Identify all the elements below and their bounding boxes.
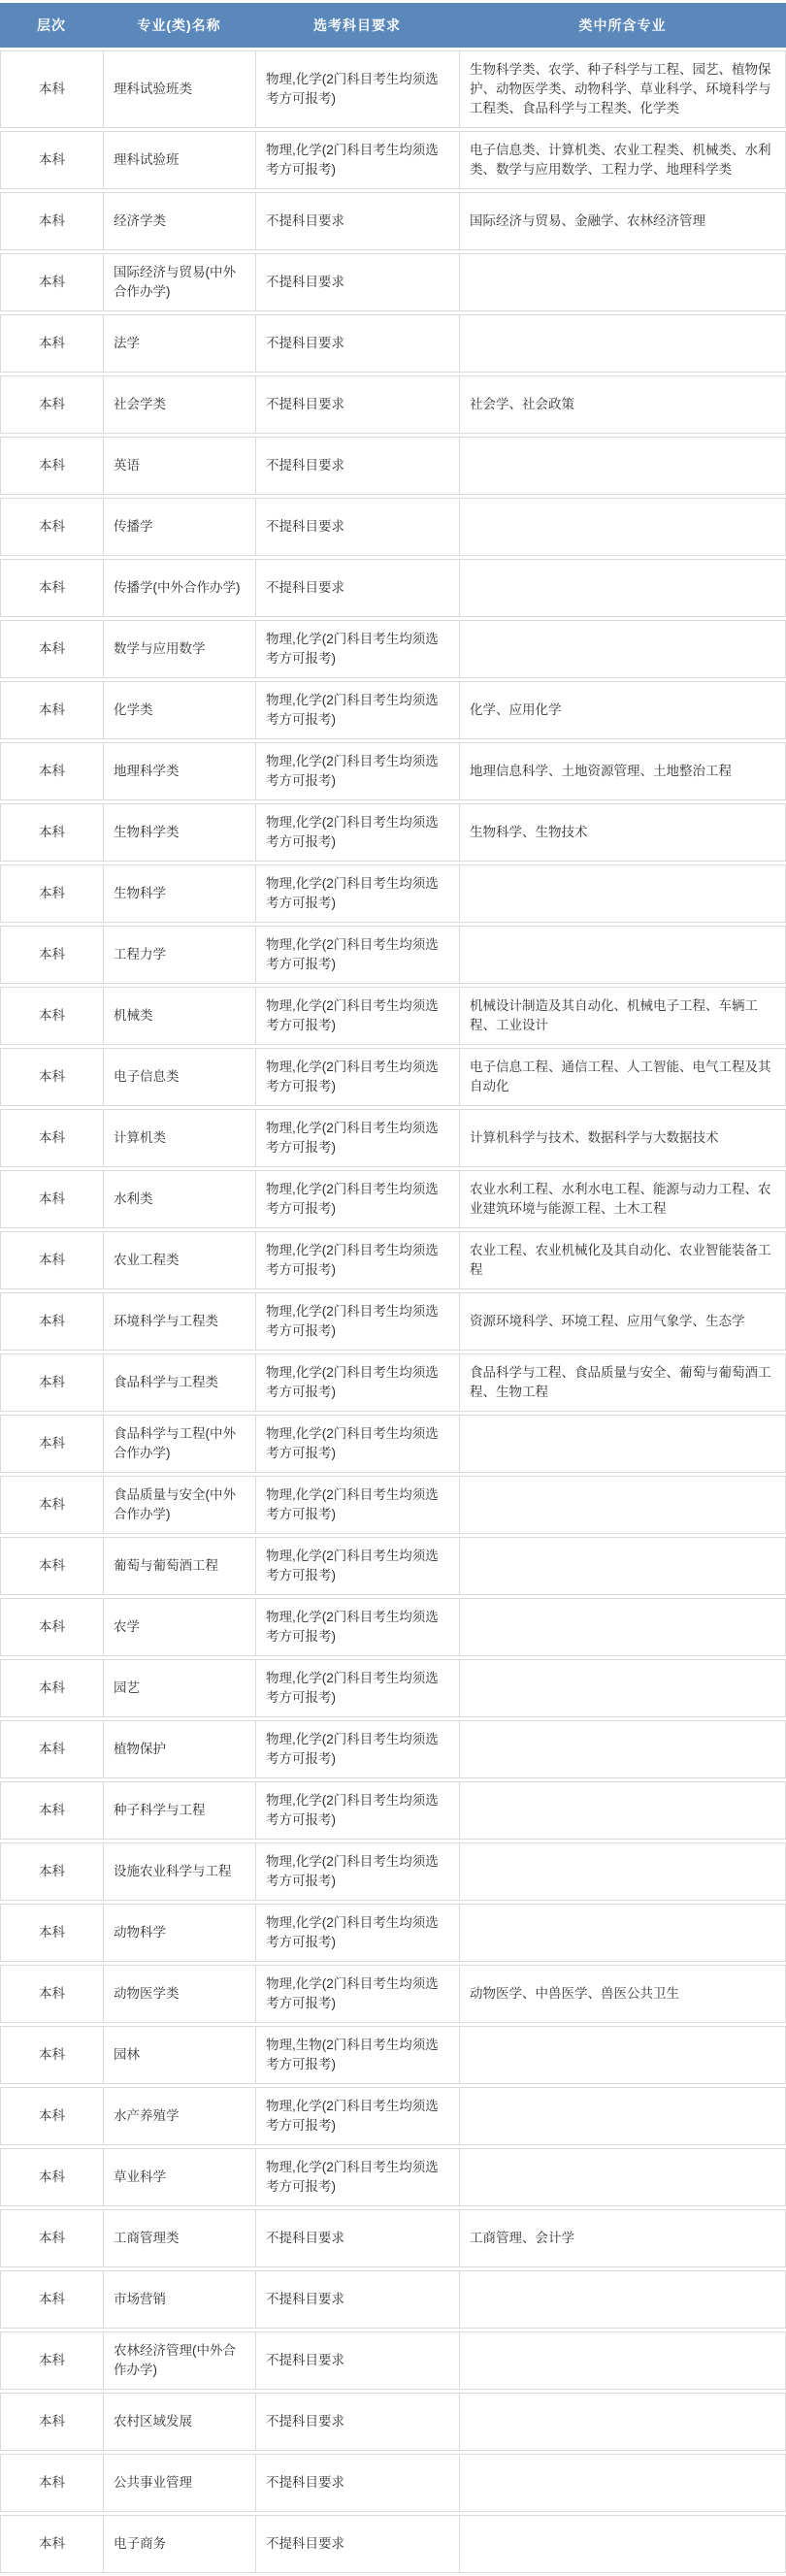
- table-row: 本科 电子商务 不提科目要求: [0, 2515, 786, 2573]
- cell-included-majors: [459, 559, 786, 617]
- cell-level: 本科: [0, 1904, 103, 1962]
- cell-subject-requirement: 物理,化学(2门科目考生均须选考方可报考): [255, 1659, 459, 1717]
- cell-level: 本科: [0, 864, 103, 923]
- table-row: 本科 计算机类 物理,化学(2门科目考生均须选考方可报考) 计算机科学与技术、数…: [0, 1109, 786, 1167]
- table-row: 本科 动物科学 物理,化学(2门科目考生均须选考方可报考): [0, 1904, 786, 1962]
- column-header-major-name: 专业(类)名称: [103, 3, 255, 48]
- cell-subject-requirement: 物理,化学(2门科目考生均须选考方可报考): [255, 1353, 459, 1412]
- cell-subject-requirement: 不提科目要求: [255, 2209, 459, 2267]
- cell-major-name: 机械类: [103, 987, 255, 1045]
- cell-level: 本科: [0, 1598, 103, 1656]
- table-row: 本科 水产养殖学 物理,化学(2门科目考生均须选考方可报考): [0, 2087, 786, 2145]
- cell-level: 本科: [0, 1415, 103, 1473]
- cell-level: 本科: [0, 1476, 103, 1534]
- cell-major-name: 草业科学: [103, 2148, 255, 2206]
- table-row: 本科 理科试验班 物理,化学(2门科目考生均须选考方可报考) 电子信息类、计算机…: [0, 131, 786, 189]
- table-row: 本科 食品科学与工程类 物理,化学(2门科目考生均须选考方可报考) 食品科学与工…: [0, 1353, 786, 1412]
- cell-subject-requirement: 不提科目要求: [255, 192, 459, 250]
- cell-subject-requirement: 不提科目要求: [255, 314, 459, 373]
- cell-included-majors: [459, 2331, 786, 2390]
- cell-included-majors: [459, 2148, 786, 2206]
- cell-major-name: 传播学(中外合作办学): [103, 559, 255, 617]
- cell-level: 本科: [0, 253, 103, 311]
- cell-level: 本科: [0, 1659, 103, 1717]
- cell-subject-requirement: 不提科目要求: [255, 2454, 459, 2512]
- cell-major-name: 食品科学与工程(中外合作办学): [103, 1415, 255, 1473]
- cell-included-majors: [459, 620, 786, 678]
- cell-major-name: 社会学类: [103, 375, 255, 434]
- cell-subject-requirement: 物理,化学(2门科目考生均须选考方可报考): [255, 1476, 459, 1534]
- cell-major-name: 市场营销: [103, 2270, 255, 2329]
- cell-subject-requirement: 物理,化学(2门科目考生均须选考方可报考): [255, 1170, 459, 1228]
- table-row: 本科 化学类 物理,化学(2门科目考生均须选考方可报考) 化学、应用化学: [0, 681, 786, 739]
- cell-level: 本科: [0, 2148, 103, 2206]
- table-row: 本科 种子科学与工程 物理,化学(2门科目考生均须选考方可报考): [0, 1781, 786, 1840]
- table-row: 本科 市场营销 不提科目要求: [0, 2270, 786, 2329]
- cell-subject-requirement: 不提科目要求: [255, 559, 459, 617]
- cell-major-name: 经济学类: [103, 192, 255, 250]
- table-body: 本科 理科试验班类 物理,化学(2门科目考生均须选考方可报考) 生物科学类、农学…: [0, 50, 786, 2573]
- cell-subject-requirement: 不提科目要求: [255, 2331, 459, 2390]
- cell-subject-requirement: 物理,化学(2门科目考生均须选考方可报考): [255, 50, 459, 128]
- cell-subject-requirement: 不提科目要求: [255, 2515, 459, 2573]
- table-row: 本科 食品科学与工程(中外合作办学) 物理,化学(2门科目考生均须选考方可报考): [0, 1415, 786, 1473]
- cell-included-majors: [459, 1720, 786, 1778]
- cell-major-name: 工商管理类: [103, 2209, 255, 2267]
- cell-level: 本科: [0, 192, 103, 250]
- cell-major-name: 国际经济与贸易(中外合作办学): [103, 253, 255, 311]
- table-row: 本科 数学与应用数学 物理,化学(2门科目考生均须选考方可报考): [0, 620, 786, 678]
- cell-subject-requirement: 物理,化学(2门科目考生均须选考方可报考): [255, 864, 459, 923]
- table-row: 本科 生物科学 物理,化学(2门科目考生均须选考方可报考): [0, 864, 786, 923]
- cell-subject-requirement: 物理,化学(2门科目考生均须选考方可报考): [255, 1048, 459, 1106]
- cell-major-name: 生物科学类: [103, 803, 255, 862]
- table-row: 本科 国际经济与贸易(中外合作办学) 不提科目要求: [0, 253, 786, 311]
- table-row: 本科 社会学类 不提科目要求 社会学、社会政策: [0, 375, 786, 434]
- table-row: 本科 植物保护 物理,化学(2门科目考生均须选考方可报考): [0, 1720, 786, 1778]
- cell-level: 本科: [0, 926, 103, 984]
- cell-level: 本科: [0, 1781, 103, 1840]
- cell-major-name: 电子商务: [103, 2515, 255, 2573]
- cell-included-majors: [459, 2393, 786, 2451]
- cell-major-name: 设施农业科学与工程: [103, 1842, 255, 1901]
- cell-subject-requirement: 物理,化学(2门科目考生均须选考方可报考): [255, 1415, 459, 1473]
- cell-subject-requirement: 物理,化学(2门科目考生均须选考方可报考): [255, 2087, 459, 2145]
- cell-included-majors: 社会学、社会政策: [459, 375, 786, 434]
- cell-subject-requirement: 物理,化学(2门科目考生均须选考方可报考): [255, 1904, 459, 1962]
- table-row: 本科 理科试验班类 物理,化学(2门科目考生均须选考方可报考) 生物科学类、农学…: [0, 50, 786, 128]
- cell-major-name: 农林经济管理(中外合作办学): [103, 2331, 255, 2390]
- table-row: 本科 英语 不提科目要求: [0, 437, 786, 495]
- table-row: 本科 经济学类 不提科目要求 国际经济与贸易、金融学、农林经济管理: [0, 192, 786, 250]
- table-row: 本科 水利类 物理,化学(2门科目考生均须选考方可报考) 农业水利工程、水利水电…: [0, 1170, 786, 1228]
- cell-level: 本科: [0, 987, 103, 1045]
- cell-level: 本科: [0, 2454, 103, 2512]
- cell-included-majors: [459, 1415, 786, 1473]
- cell-major-name: 地理科学类: [103, 742, 255, 800]
- cell-subject-requirement: 物理,化学(2门科目考生均须选考方可报考): [255, 926, 459, 984]
- cell-included-majors: 生物科学、生物技术: [459, 803, 786, 862]
- cell-included-majors: [459, 2270, 786, 2329]
- cell-major-name: 英语: [103, 437, 255, 495]
- cell-included-majors: [459, 1537, 786, 1595]
- cell-level: 本科: [0, 559, 103, 617]
- cell-included-majors: [459, 2026, 786, 2084]
- table-row: 本科 法学 不提科目要求: [0, 314, 786, 373]
- cell-included-majors: 农业水利工程、水利水电工程、能源与动力工程、农业建筑环境与能源工程、土木工程: [459, 1170, 786, 1228]
- cell-subject-requirement: 不提科目要求: [255, 253, 459, 311]
- cell-level: 本科: [0, 2331, 103, 2390]
- cell-level: 本科: [0, 1231, 103, 1289]
- cell-major-name: 计算机类: [103, 1109, 255, 1167]
- cell-included-majors: 资源环境科学、环境工程、应用气象学、生态学: [459, 1292, 786, 1351]
- table-row: 本科 农学 物理,化学(2门科目考生均须选考方可报考): [0, 1598, 786, 1656]
- cell-included-majors: 动物医学、中兽医学、兽医公共卫生: [459, 1965, 786, 2023]
- cell-level: 本科: [0, 375, 103, 434]
- cell-major-name: 水利类: [103, 1170, 255, 1228]
- cell-level: 本科: [0, 437, 103, 495]
- cell-major-name: 理科试验班: [103, 131, 255, 189]
- cell-subject-requirement: 物理,化学(2门科目考生均须选考方可报考): [255, 1292, 459, 1351]
- cell-major-name: 电子信息类: [103, 1048, 255, 1106]
- cell-major-name: 公共事业管理: [103, 2454, 255, 2512]
- cell-included-majors: [459, 1659, 786, 1717]
- cell-included-majors: 国际经济与贸易、金融学、农林经济管理: [459, 192, 786, 250]
- table-row: 本科 环境科学与工程类 物理,化学(2门科目考生均须选考方可报考) 资源环境科学…: [0, 1292, 786, 1351]
- cell-subject-requirement: 物理,化学(2门科目考生均须选考方可报考): [255, 1537, 459, 1595]
- table-row: 本科 设施农业科学与工程 物理,化学(2门科目考生均须选考方可报考): [0, 1842, 786, 1901]
- table-header-row: 层次 专业(类)名称 选考科目要求 类中所含专业: [0, 3, 786, 48]
- table-row: 本科 食品质量与安全(中外合作办学) 物理,化学(2门科目考生均须选考方可报考): [0, 1476, 786, 1534]
- cell-level: 本科: [0, 620, 103, 678]
- cell-level: 本科: [0, 1537, 103, 1595]
- cell-major-name: 化学类: [103, 681, 255, 739]
- cell-major-name: 园林: [103, 2026, 255, 2084]
- cell-level: 本科: [0, 742, 103, 800]
- table-row: 本科 机械类 物理,化学(2门科目考生均须选考方可报考) 机械设计制造及其自动化…: [0, 987, 786, 1045]
- cell-level: 本科: [0, 2393, 103, 2451]
- cell-subject-requirement: 物理,化学(2门科目考生均须选考方可报考): [255, 1598, 459, 1656]
- cell-included-majors: [459, 1904, 786, 1962]
- cell-major-name: 环境科学与工程类: [103, 1292, 255, 1351]
- cell-subject-requirement: 不提科目要求: [255, 375, 459, 434]
- cell-major-name: 食品质量与安全(中外合作办学): [103, 1476, 255, 1534]
- cell-level: 本科: [0, 2515, 103, 2573]
- cell-major-name: 园艺: [103, 1659, 255, 1717]
- cell-level: 本科: [0, 1353, 103, 1412]
- cell-subject-requirement: 物理,化学(2门科目考生均须选考方可报考): [255, 131, 459, 189]
- cell-included-majors: 食品科学与工程、食品质量与安全、葡萄与葡萄酒工程、生物工程: [459, 1353, 786, 1412]
- table-row: 本科 工商管理类 不提科目要求 工商管理、会计学: [0, 2209, 786, 2267]
- cell-subject-requirement: 物理,化学(2门科目考生均须选考方可报考): [255, 1781, 459, 1840]
- table-row: 本科 电子信息类 物理,化学(2门科目考生均须选考方可报考) 电子信息工程、通信…: [0, 1048, 786, 1106]
- cell-included-majors: [459, 2454, 786, 2512]
- cell-subject-requirement: 不提科目要求: [255, 437, 459, 495]
- column-header-level: 层次: [0, 3, 103, 48]
- table-row: 本科 农业工程类 物理,化学(2门科目考生均须选考方可报考) 农业工程、农业机械…: [0, 1231, 786, 1289]
- cell-major-name: 工程力学: [103, 926, 255, 984]
- cell-included-majors: 电子信息类、计算机类、农业工程类、机械类、水利类、数学与应用数学、工程力学、地理…: [459, 131, 786, 189]
- cell-major-name: 农村区域发展: [103, 2393, 255, 2451]
- cell-major-name: 动物科学: [103, 1904, 255, 1962]
- cell-included-majors: [459, 314, 786, 373]
- cell-subject-requirement: 物理,化学(2门科目考生均须选考方可报考): [255, 2148, 459, 2206]
- cell-included-majors: [459, 1476, 786, 1534]
- cell-level: 本科: [0, 1109, 103, 1167]
- table-row: 本科 公共事业管理 不提科目要求: [0, 2454, 786, 2512]
- cell-subject-requirement: 物理,化学(2门科目考生均须选考方可报考): [255, 620, 459, 678]
- cell-subject-requirement: 物理,化学(2门科目考生均须选考方可报考): [255, 1109, 459, 1167]
- cell-major-name: 葡萄与葡萄酒工程: [103, 1537, 255, 1595]
- table-row: 本科 工程力学 物理,化学(2门科目考生均须选考方可报考): [0, 926, 786, 984]
- cell-included-majors: 计算机科学与技术、数据科学与大数据技术: [459, 1109, 786, 1167]
- cell-included-majors: [459, 926, 786, 984]
- cell-included-majors: [459, 437, 786, 495]
- cell-included-majors: 机械设计制造及其自动化、机械电子工程、车辆工程、工业设计: [459, 987, 786, 1045]
- cell-major-name: 食品科学与工程类: [103, 1353, 255, 1412]
- table-row: 本科 传播学(中外合作办学) 不提科目要求: [0, 559, 786, 617]
- table-row: 本科 生物科学类 物理,化学(2门科目考生均须选考方可报考) 生物科学、生物技术: [0, 803, 786, 862]
- cell-included-majors: 电子信息工程、通信工程、人工智能、电气工程及其自动化: [459, 1048, 786, 1106]
- cell-included-majors: 地理信息科学、土地资源管理、土地整治工程: [459, 742, 786, 800]
- cell-subject-requirement: 不提科目要求: [255, 498, 459, 556]
- table-row: 本科 园艺 物理,化学(2门科目考生均须选考方可报考): [0, 1659, 786, 1717]
- cell-subject-requirement: 物理,化学(2门科目考生均须选考方可报考): [255, 987, 459, 1045]
- cell-included-majors: [459, 1781, 786, 1840]
- cell-subject-requirement: 不提科目要求: [255, 2393, 459, 2451]
- cell-level: 本科: [0, 2087, 103, 2145]
- cell-major-name: 植物保护: [103, 1720, 255, 1778]
- cell-level: 本科: [0, 1842, 103, 1901]
- cell-subject-requirement: 物理,化学(2门科目考生均须选考方可报考): [255, 803, 459, 862]
- cell-included-majors: [459, 498, 786, 556]
- cell-level: 本科: [0, 131, 103, 189]
- cell-level: 本科: [0, 2026, 103, 2084]
- table-row: 本科 农村区域发展 不提科目要求: [0, 2393, 786, 2451]
- cell-subject-requirement: 物理,化学(2门科目考生均须选考方可报考): [255, 681, 459, 739]
- cell-major-name: 农学: [103, 1598, 255, 1656]
- cell-level: 本科: [0, 1048, 103, 1106]
- cell-included-majors: 化学、应用化学: [459, 681, 786, 739]
- cell-major-name: 农业工程类: [103, 1231, 255, 1289]
- cell-level: 本科: [0, 314, 103, 373]
- cell-level: 本科: [0, 498, 103, 556]
- cell-major-name: 生物科学: [103, 864, 255, 923]
- cell-included-majors: 生物科学类、农学、种子科学与工程、园艺、植物保护、动物医学类、动物科学、草业科学…: [459, 50, 786, 128]
- table-row: 本科 动物医学类 物理,化学(2门科目考生均须选考方可报考) 动物医学、中兽医学…: [0, 1965, 786, 2023]
- cell-subject-requirement: 物理,生物(2门科目考生均须选考方可报考): [255, 2026, 459, 2084]
- cell-level: 本科: [0, 2209, 103, 2267]
- cell-major-name: 法学: [103, 314, 255, 373]
- cell-major-name: 传播学: [103, 498, 255, 556]
- cell-major-name: 种子科学与工程: [103, 1781, 255, 1840]
- cell-level: 本科: [0, 1292, 103, 1351]
- cell-included-majors: 工商管理、会计学: [459, 2209, 786, 2267]
- column-header-subject-requirement: 选考科目要求: [255, 3, 459, 48]
- cell-subject-requirement: 物理,化学(2门科目考生均须选考方可报考): [255, 1842, 459, 1901]
- cell-included-majors: [459, 253, 786, 311]
- cell-major-name: 数学与应用数学: [103, 620, 255, 678]
- table-row: 本科 园林 物理,生物(2门科目考生均须选考方可报考): [0, 2026, 786, 2084]
- subject-requirements-table: 层次 专业(类)名称 选考科目要求 类中所含专业 本科 理科试验班类 物理,化学…: [0, 0, 786, 2576]
- cell-level: 本科: [0, 50, 103, 128]
- subject-requirements-table-container: 层次 专业(类)名称 选考科目要求 类中所含专业 本科 理科试验班类 物理,化学…: [0, 0, 786, 2576]
- cell-included-majors: [459, 2087, 786, 2145]
- table-row: 本科 传播学 不提科目要求: [0, 498, 786, 556]
- cell-included-majors: [459, 2515, 786, 2573]
- cell-subject-requirement: 不提科目要求: [255, 2270, 459, 2329]
- cell-major-name: 理科试验班类: [103, 50, 255, 128]
- cell-level: 本科: [0, 1965, 103, 2023]
- table-row: 本科 地理科学类 物理,化学(2门科目考生均须选考方可报考) 地理信息科学、土地…: [0, 742, 786, 800]
- cell-major-name: 动物医学类: [103, 1965, 255, 2023]
- column-header-included-majors: 类中所含专业: [459, 3, 786, 48]
- cell-major-name: 水产养殖学: [103, 2087, 255, 2145]
- table-row: 本科 农林经济管理(中外合作办学) 不提科目要求: [0, 2331, 786, 2390]
- cell-included-majors: [459, 864, 786, 923]
- cell-level: 本科: [0, 1170, 103, 1228]
- cell-level: 本科: [0, 2270, 103, 2329]
- cell-subject-requirement: 物理,化学(2门科目考生均须选考方可报考): [255, 1231, 459, 1289]
- cell-level: 本科: [0, 681, 103, 739]
- cell-included-majors: [459, 1842, 786, 1901]
- cell-included-majors: [459, 1598, 786, 1656]
- cell-included-majors: 农业工程、农业机械化及其自动化、农业智能装备工程: [459, 1231, 786, 1289]
- cell-subject-requirement: 物理,化学(2门科目考生均须选考方可报考): [255, 1965, 459, 2023]
- table-row: 本科 葡萄与葡萄酒工程 物理,化学(2门科目考生均须选考方可报考): [0, 1537, 786, 1595]
- cell-subject-requirement: 物理,化学(2门科目考生均须选考方可报考): [255, 1720, 459, 1778]
- cell-subject-requirement: 物理,化学(2门科目考生均须选考方可报考): [255, 742, 459, 800]
- table-row: 本科 草业科学 物理,化学(2门科目考生均须选考方可报考): [0, 2148, 786, 2206]
- cell-level: 本科: [0, 803, 103, 862]
- cell-level: 本科: [0, 1720, 103, 1778]
